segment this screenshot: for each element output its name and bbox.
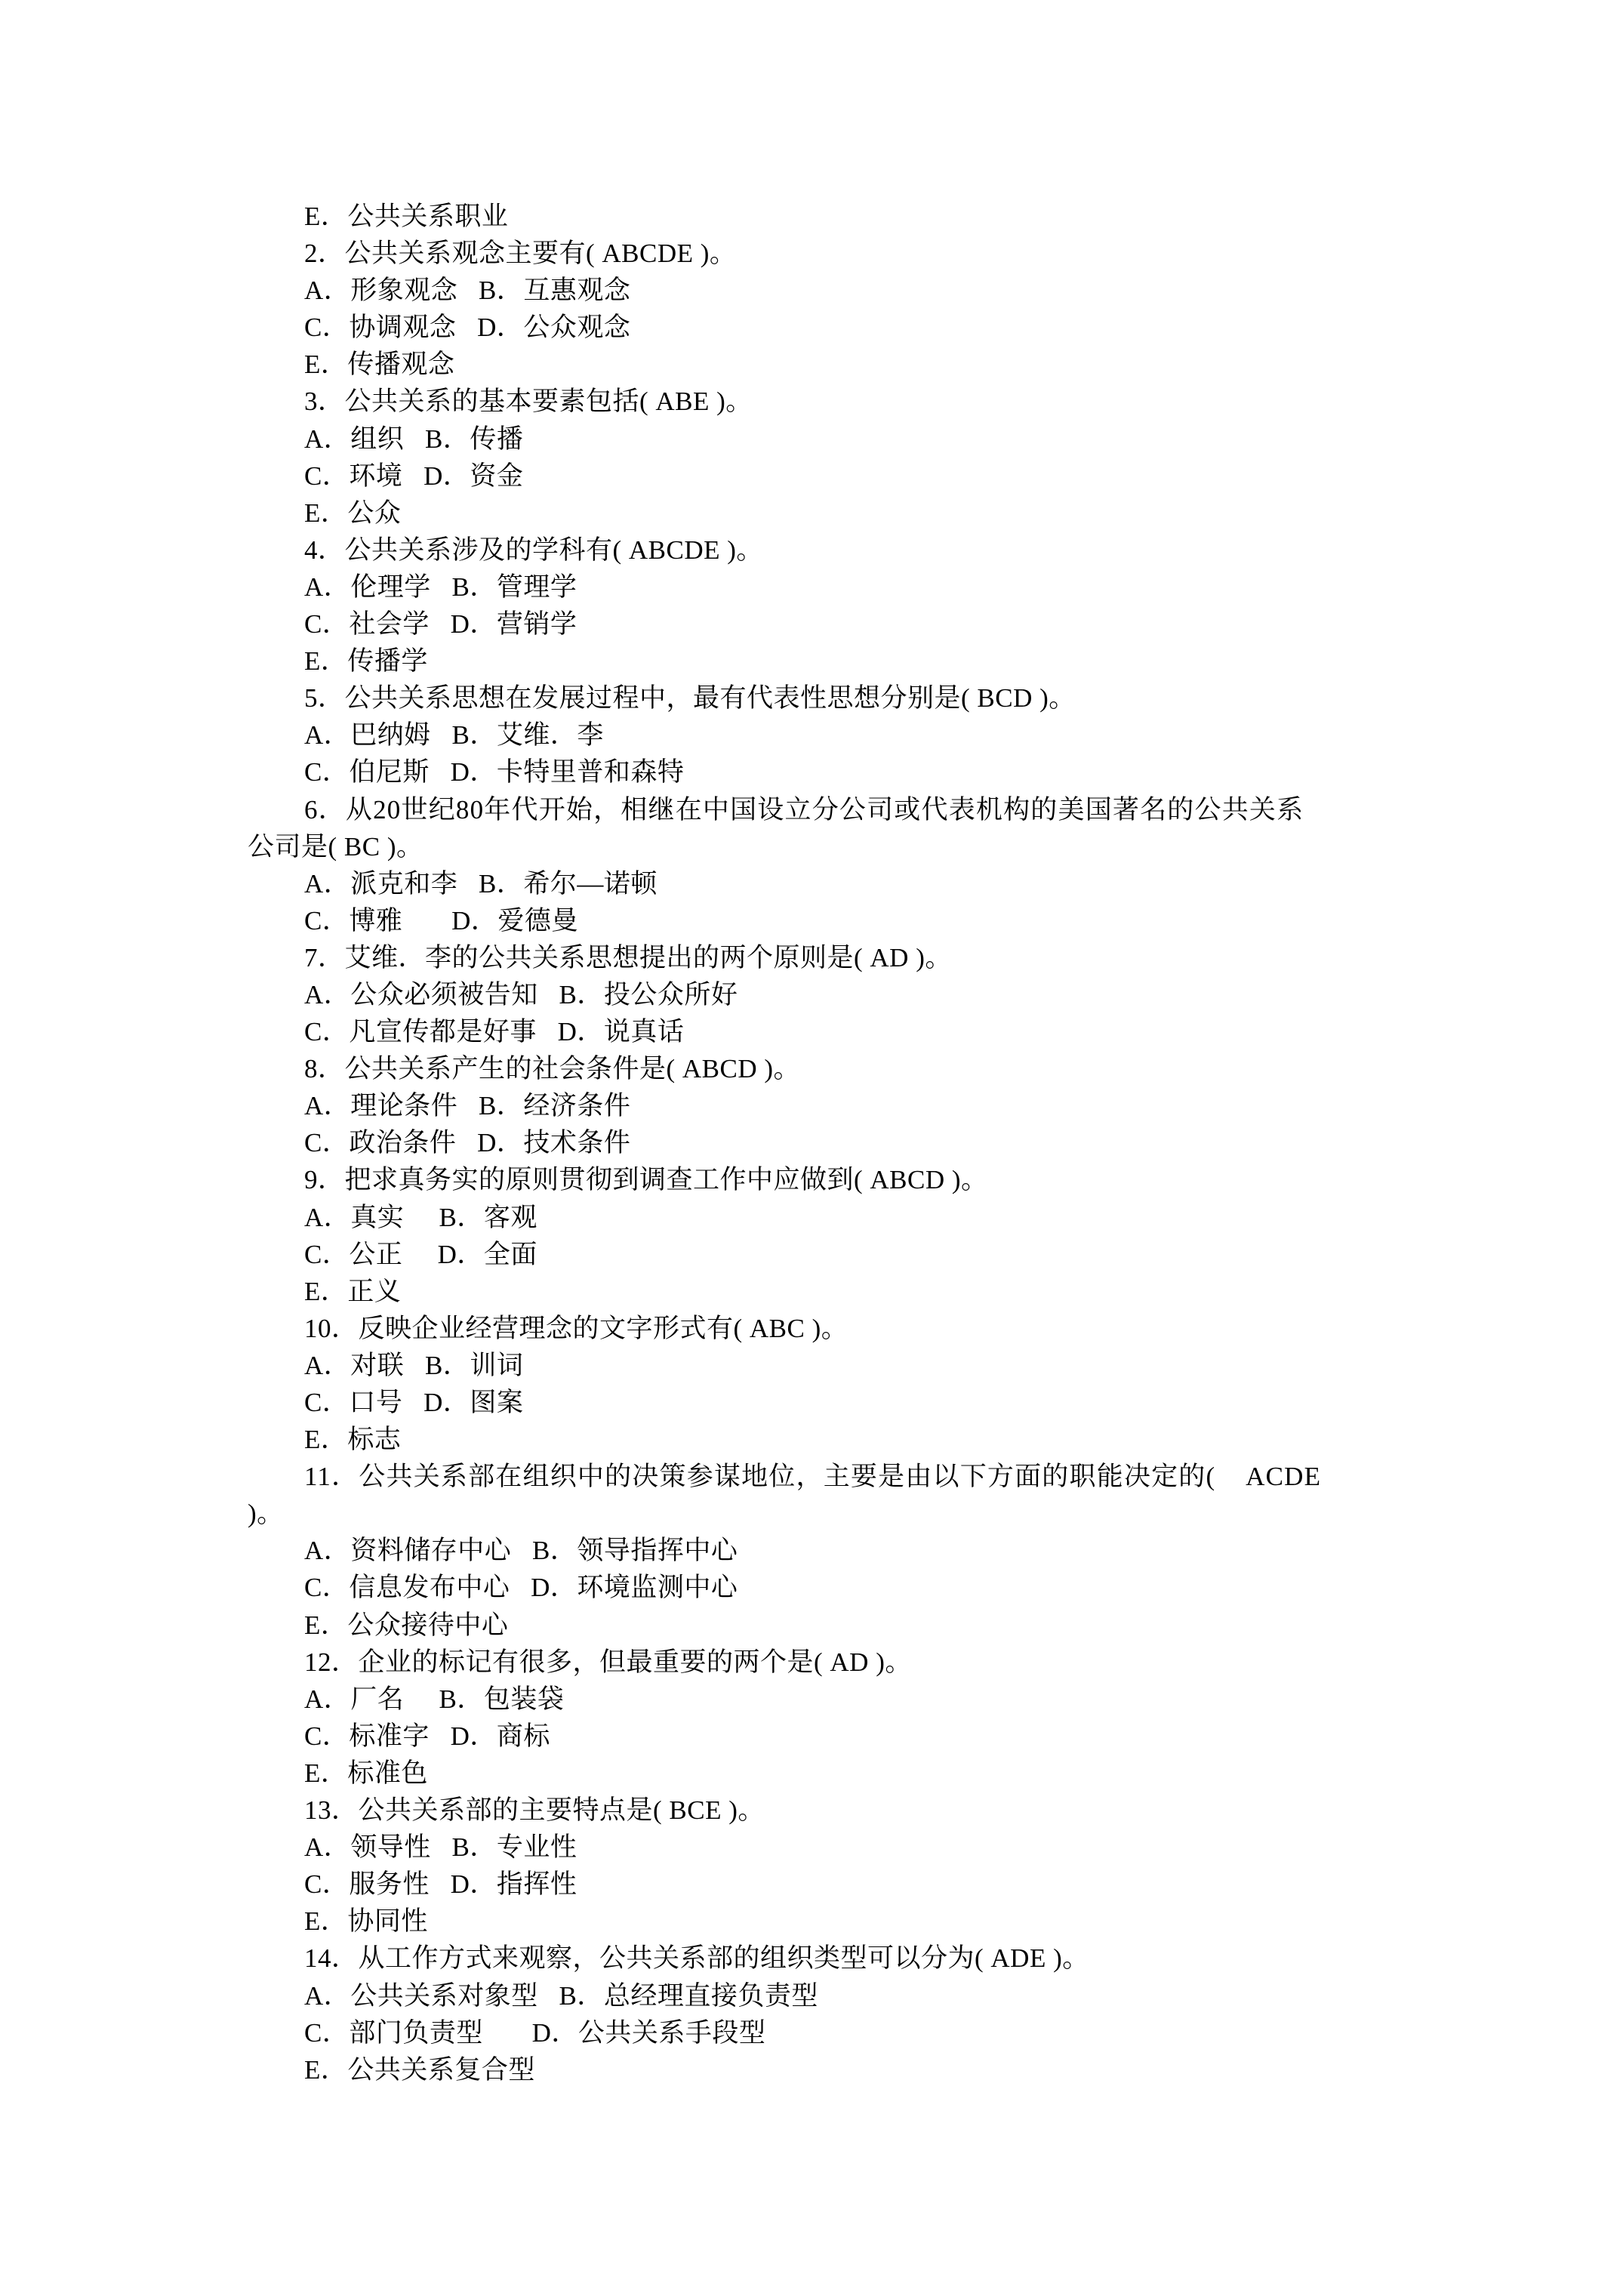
- question-10: 10．反映企业经营理念的文字形式有( ABC )。: [248, 1310, 1372, 1347]
- option-line: E．标志: [248, 1421, 1372, 1458]
- question-12: 12．企业的标记有很多，但最重要的两个是( AD )。: [248, 1644, 1372, 1681]
- option-line: A．领导性 B．专业性: [248, 1829, 1372, 1866]
- option-line: A．对联 B．训词: [248, 1347, 1372, 1384]
- option-line: C．凡宣传都是好事 D．说真话: [248, 1013, 1372, 1050]
- option-line: C．伯尼斯 D．卡特里普和森特: [248, 754, 1372, 791]
- option-line: A．公众必须被告知 B．投公众所好: [248, 976, 1372, 1013]
- option-line: C．博雅 D．爱德曼: [248, 902, 1372, 939]
- question-5: 5．公共关系思想在发展过程中，最有代表性思想分别是( BCD )。: [248, 680, 1372, 717]
- option-line: E．标准色: [248, 1755, 1372, 1792]
- question-8: 8．公共关系产生的社会条件是( ABCD )。: [248, 1050, 1372, 1087]
- option-line: A．厂名 B．包装袋: [248, 1681, 1372, 1718]
- option-line: A．公共关系对象型 B．总经理直接负责型: [248, 1977, 1372, 2014]
- question-7: 7．艾维．李的公共关系思想提出的两个原则是( AD )。: [248, 939, 1372, 976]
- option-line: C．服务性 D．指挥性: [248, 1866, 1372, 1903]
- document-body: E．公共关系职业 2．公共关系观念主要有( ABCDE )。 A．形象观念 B．…: [248, 198, 1372, 2088]
- option-line: A．真实 B．客观: [248, 1199, 1372, 1236]
- option-line: E．公众接待中心: [248, 1607, 1372, 1644]
- question-9: 9．把求真务实的原则贯彻到调查工作中应做到( ABCD )。: [248, 1161, 1372, 1198]
- question-13: 13．公共关系部的主要特点是( BCE )。: [248, 1792, 1372, 1829]
- question-6-continuation: 公司是( BC )。: [248, 828, 1372, 865]
- option-line: C．公正 D．全面: [248, 1236, 1372, 1273]
- option-line: C．信息发布中心 D．环境监测中心: [248, 1569, 1372, 1606]
- option-line: A．理论条件 B．经济条件: [248, 1087, 1372, 1124]
- option-line: A．资料储存中心 B．领导指挥中心: [248, 1532, 1372, 1569]
- option-line: E．传播观念: [248, 346, 1372, 383]
- option-line: E．公众: [248, 495, 1372, 532]
- option-line: A．巴纳姆 B．艾维．李: [248, 717, 1372, 754]
- option-line: A．派克和李 B．希尔—诺顿: [248, 865, 1372, 902]
- question-6: 6．从20世纪80年代开始，相继在中国设立分公司或代表机构的美国著名的公共关系: [248, 791, 1372, 828]
- document-page: E．公共关系职业 2．公共关系观念主要有( ABCDE )。 A．形象观念 B．…: [0, 0, 1623, 2296]
- option-line: E．公共关系职业: [248, 198, 1372, 235]
- question-4: 4．公共关系涉及的学科有( ABCDE )。: [248, 532, 1372, 569]
- option-line: C．部门负责型 D．公共关系手段型: [248, 2014, 1372, 2051]
- option-line: C．标准字 D．商标: [248, 1718, 1372, 1755]
- option-line: C．口号 D．图案: [248, 1384, 1372, 1421]
- question-11: 11．公共关系部在组织中的决策参谋地位，主要是由以下方面的职能决定的( ACDE: [248, 1458, 1372, 1495]
- question-14: 14．从工作方式来观察，公共关系部的组织类型可以分为( ADE )。: [248, 1940, 1372, 1977]
- option-line: A．形象观念 B．互惠观念: [248, 272, 1372, 309]
- option-line: A．组织 B．传播: [248, 421, 1372, 458]
- question-2: 2．公共关系观念主要有( ABCDE )。: [248, 235, 1372, 272]
- option-line: E．正义: [248, 1273, 1372, 1310]
- option-line: E．协同性: [248, 1903, 1372, 1940]
- option-line: C．社会学 D．营销学: [248, 606, 1372, 643]
- question-3: 3．公共关系的基本要素包括( ABE )。: [248, 383, 1372, 420]
- option-line: C．协调观念 D．公众观念: [248, 309, 1372, 346]
- question-11-continuation: )。: [248, 1495, 1372, 1532]
- option-line: C．环境 D．资金: [248, 458, 1372, 495]
- option-line: A．伦理学 B．管理学: [248, 569, 1372, 606]
- option-line: C．政治条件 D．技术条件: [248, 1124, 1372, 1161]
- option-line: E．传播学: [248, 643, 1372, 680]
- option-line: E．公共关系复合型: [248, 2051, 1372, 2088]
